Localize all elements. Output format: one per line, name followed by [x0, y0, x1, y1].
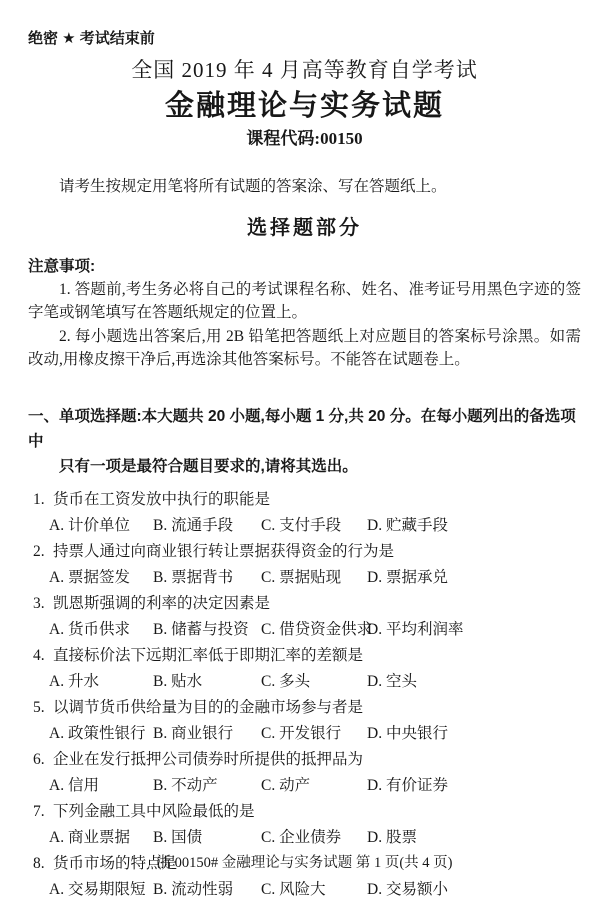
- option-a: A. 计价单位: [49, 513, 153, 539]
- option-a: A. 票据签发: [49, 565, 153, 591]
- option-row: A. 政策性银行 B. 商业银行 C. 开发银行 D. 中央银行: [49, 721, 581, 747]
- question-stem: 货币在工资发放中执行的职能是: [53, 487, 270, 513]
- question-number: 5.: [33, 695, 53, 721]
- note-item-1: 1. 答题前,考生务必将自己的考试课程名称、姓名、准考证号用黑色字迹的签字笔或钢…: [28, 278, 581, 325]
- question-number: 3.: [33, 591, 53, 617]
- course-code: 课程代码:00150: [28, 127, 581, 151]
- option-d: D. 有价证券: [367, 773, 581, 799]
- note-item-2: 2. 每小题选出答案后,用 2B 铅笔把答题纸上对应题目的答案标号涂黑。如需改动…: [28, 325, 581, 372]
- option-a: A. 政策性银行: [49, 721, 153, 747]
- option-row: A. 票据签发 B. 票据背书 C. 票据贴现 D. 票据承兑: [49, 565, 581, 591]
- question-item-4: 4. 直接标价法下远期汇率低于即期汇率的差额是 A. 升水 B. 贴水 C. 多…: [33, 643, 581, 695]
- question-item-6: 6. 企业在发行抵押公司债券时所提供的抵押品为 A. 信用 B. 不动产 C. …: [33, 747, 581, 799]
- option-row: A. 交易期限短 B. 流动性弱 C. 风险大 D. 交易额小: [49, 877, 581, 903]
- option-row: A. 升水 B. 贴水 C. 多头 D. 空头: [49, 669, 581, 695]
- option-d: D. 股票: [367, 825, 581, 851]
- question-stem: 以调节货币供给量为目的的金融市场参与者是: [53, 695, 363, 721]
- question-item-2: 2. 持票人通过向商业银行转让票据获得资金的行为是 A. 票据签发 B. 票据背…: [33, 539, 581, 591]
- option-b: B. 国债: [153, 825, 261, 851]
- question-stem: 企业在发行抵押公司债券时所提供的抵押品为: [53, 747, 363, 773]
- page-footer: 浙 00150# 金融理论与实务试题 第 1 页(共 4 页): [0, 851, 609, 872]
- option-a: A. 交易期限短: [49, 877, 153, 903]
- question-list: 1. 货币在工资发放中执行的职能是 A. 计价单位 B. 流通手段 C. 支付手…: [28, 487, 581, 903]
- option-c: C. 多头: [261, 669, 367, 695]
- section-title: 选择题部分: [28, 214, 581, 242]
- answer-sheet-instruction: 请考生按规定用笔将所有试题的答案涂、写在答题纸上。: [28, 175, 581, 198]
- classification-label: 绝密 ★ 考试结束前: [28, 30, 581, 48]
- part-one-heading: 一、单项选择题:本大题共 20 小题,每小题 1 分,共 20 分。在每小题列出…: [28, 404, 581, 479]
- option-c: C. 风险大: [261, 877, 367, 903]
- option-c: C. 支付手段: [261, 513, 367, 539]
- option-c: C. 借贷资金供求: [261, 617, 367, 643]
- option-b: B. 储蓄与投资: [153, 617, 261, 643]
- question-stem: 直接标价法下远期汇率低于即期汇率的差额是: [53, 643, 363, 669]
- option-a: A. 商业票据: [49, 825, 153, 851]
- option-row: A. 货币供求 B. 储蓄与投资 C. 借贷资金供求 D. 平均利润率: [49, 617, 581, 643]
- option-b: B. 票据背书: [153, 565, 261, 591]
- option-d: D. 中央银行: [367, 721, 581, 747]
- option-b: B. 商业银行: [153, 721, 261, 747]
- option-b: B. 流通手段: [153, 513, 261, 539]
- question-item-7: 7. 下列金融工具中风险最低的是 A. 商业票据 B. 国债 C. 企业债券 D…: [33, 799, 581, 851]
- question-number: 2.: [33, 539, 53, 565]
- question-number: 4.: [33, 643, 53, 669]
- option-c: C. 企业债券: [261, 825, 367, 851]
- option-row: A. 信用 B. 不动产 C. 动产 D. 有价证券: [49, 773, 581, 799]
- option-b: B. 不动产: [153, 773, 261, 799]
- question-number: 7.: [33, 799, 53, 825]
- exam-paper-page: 绝密 ★ 考试结束前 全国 2019 年 4 月高等教育自学考试 金融理论与实务…: [0, 0, 609, 910]
- option-c: C. 开发银行: [261, 721, 367, 747]
- option-a: A. 信用: [49, 773, 153, 799]
- question-item-1: 1. 货币在工资发放中执行的职能是 A. 计价单位 B. 流通手段 C. 支付手…: [33, 487, 581, 539]
- option-b: B. 贴水: [153, 669, 261, 695]
- option-row: A. 计价单位 B. 流通手段 C. 支付手段 D. 贮藏手段: [49, 513, 581, 539]
- option-d: D. 空头: [367, 669, 581, 695]
- part-one-heading-line1: 一、单项选择题:本大题共 20 小题,每小题 1 分,共 20 分。在每小题列出…: [28, 404, 581, 454]
- option-d: D. 交易额小: [367, 877, 581, 903]
- question-stem: 持票人通过向商业银行转让票据获得资金的行为是: [53, 539, 394, 565]
- option-b: B. 流动性弱: [153, 877, 261, 903]
- part-one-heading-line2: 只有一项是最符合题目要求的,请将其选出。: [28, 454, 581, 479]
- question-number: 6.: [33, 747, 53, 773]
- question-item-5: 5. 以调节货币供给量为目的的金融市场参与者是 A. 政策性银行 B. 商业银行…: [33, 695, 581, 747]
- option-c: C. 动产: [261, 773, 367, 799]
- option-a: A. 升水: [49, 669, 153, 695]
- question-stem: 下列金融工具中风险最低的是: [53, 799, 255, 825]
- paper-title: 金融理论与实务试题: [28, 87, 581, 125]
- option-d: D. 平均利润率: [367, 617, 581, 643]
- question-stem: 凯恩斯强调的利率的决定因素是: [53, 591, 270, 617]
- option-row: A. 商业票据 B. 国债 C. 企业债券 D. 股票: [49, 825, 581, 851]
- option-d: D. 贮藏手段: [367, 513, 581, 539]
- question-number: 1.: [33, 487, 53, 513]
- question-item-3: 3. 凯恩斯强调的利率的决定因素是 A. 货币供求 B. 储蓄与投资 C. 借贷…: [33, 591, 581, 643]
- notes-heading: 注意事项:: [28, 256, 581, 278]
- option-c: C. 票据贴现: [261, 565, 367, 591]
- option-a: A. 货币供求: [49, 617, 153, 643]
- exam-session-title: 全国 2019 年 4 月高等教育自学考试: [28, 56, 581, 84]
- option-d: D. 票据承兑: [367, 565, 581, 591]
